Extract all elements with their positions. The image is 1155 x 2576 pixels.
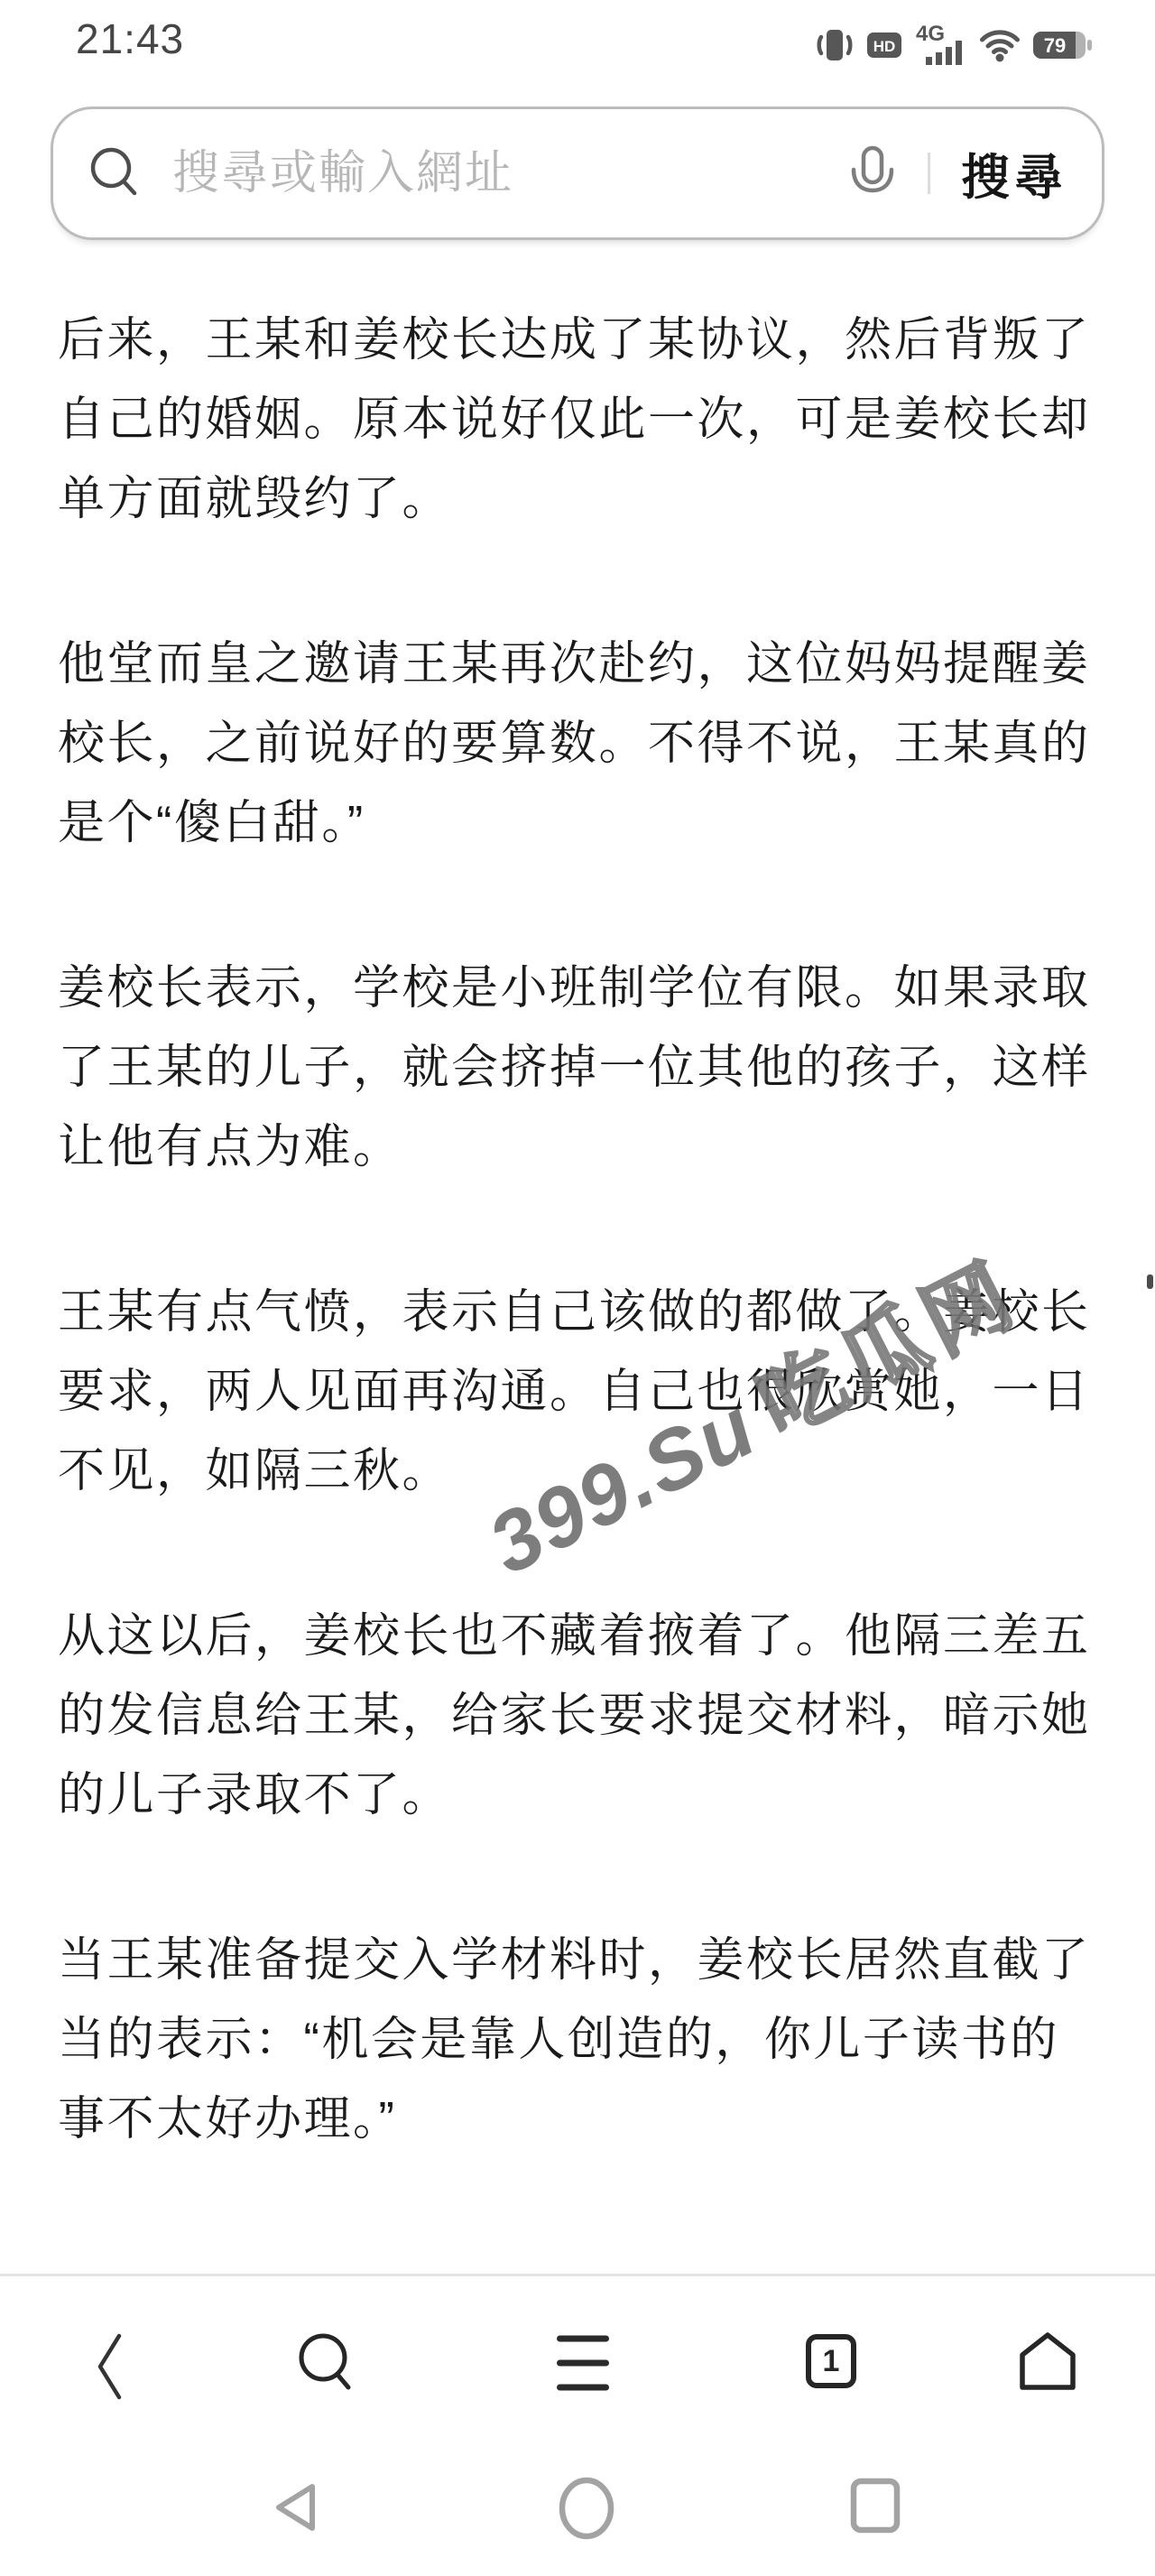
system-nav-bar: [0, 2453, 1155, 2576]
system-recents-button[interactable]: [849, 2478, 901, 2534]
back-chevron-icon: [91, 2329, 127, 2405]
home-button[interactable]: [1020, 2331, 1076, 2391]
hd-badge-icon: HD: [867, 30, 903, 60]
recents-square-icon: [849, 2478, 901, 2534]
tabs-icon: 1: [806, 2334, 856, 2388]
back-triangle-icon: [272, 2481, 319, 2534]
article-paragraph: 王某有点气愤，表示自己该做的都做了。姜校长要求，两人见面再沟通。自己也很欣赏她，…: [58, 1273, 1097, 1511]
article-body: 后来，王某和姜校长达成了某协议，然后背叛了自己的婚姻。原本说好仅此一次，可是姜校…: [58, 301, 1097, 2245]
system-home-button[interactable]: [557, 2476, 616, 2541]
tab-count: 1: [823, 2344, 840, 2379]
battery-icon: 79: [1032, 29, 1094, 61]
microphone-icon: [848, 190, 897, 203]
article-paragraph: 他堂而皇之邀请王某再次赴约，这位妈妈提醒姜校长，之前说好的要算数。不得不说，王某…: [58, 625, 1097, 863]
status-bar: 21:43 HD 4G: [0, 0, 1155, 90]
back-button[interactable]: [91, 2329, 127, 2405]
svg-text:79: 79: [1044, 34, 1066, 57]
home-circle-icon: [557, 2476, 616, 2541]
4g-signal-icon: 4G: [915, 23, 967, 68]
article-paragraph: 从这以后，姜校长也不藏着掖着了。他隔三差五的发信息给王某，给家长要求提交材料，暗…: [58, 1597, 1097, 1835]
status-icons: HD 4G 79: [814, 0, 1094, 90]
search-input[interactable]: [171, 145, 839, 201]
system-back-button[interactable]: [272, 2481, 319, 2534]
wifi-icon: [979, 27, 1021, 63]
search-icon: [298, 2332, 356, 2394]
clock-text: 21:43: [76, 14, 184, 63]
toolbar-search-button[interactable]: [298, 2332, 356, 2394]
article-paragraph: 后来，王某和姜校长达成了某协议，然后背叛了自己的婚姻。原本说好仅此一次，可是姜校…: [58, 301, 1097, 539]
browser-toolbar: 1: [0, 2276, 1155, 2452]
microphone-button[interactable]: [848, 144, 897, 203]
tabs-button[interactable]: 1: [806, 2334, 856, 2388]
menu-button[interactable]: [557, 2336, 609, 2391]
menu-icon: [557, 2336, 609, 2391]
article-paragraph: 姜校长表示，学校是小班制学位有限。如果录取了王某的儿子，就会挤掉一位其他的孩子，…: [58, 949, 1097, 1187]
svg-text:4G: 4G: [916, 23, 945, 46]
article-paragraph: 当王某准备提交入学材料时，姜校长居然直截了当的表示：“机会是靠人创造的，你儿子读…: [58, 1921, 1097, 2159]
url-search-bar[interactable]: 搜尋: [51, 107, 1104, 240]
vibrate-icon: [814, 25, 855, 65]
scrollbar-thumb[interactable]: [1147, 1274, 1153, 1289]
home-icon: [1020, 2331, 1076, 2391]
svg-text:HD: HD: [873, 38, 896, 55]
search-divider: [928, 153, 930, 194]
search-icon: [88, 145, 140, 202]
search-go-button[interactable]: 搜尋: [961, 139, 1067, 208]
